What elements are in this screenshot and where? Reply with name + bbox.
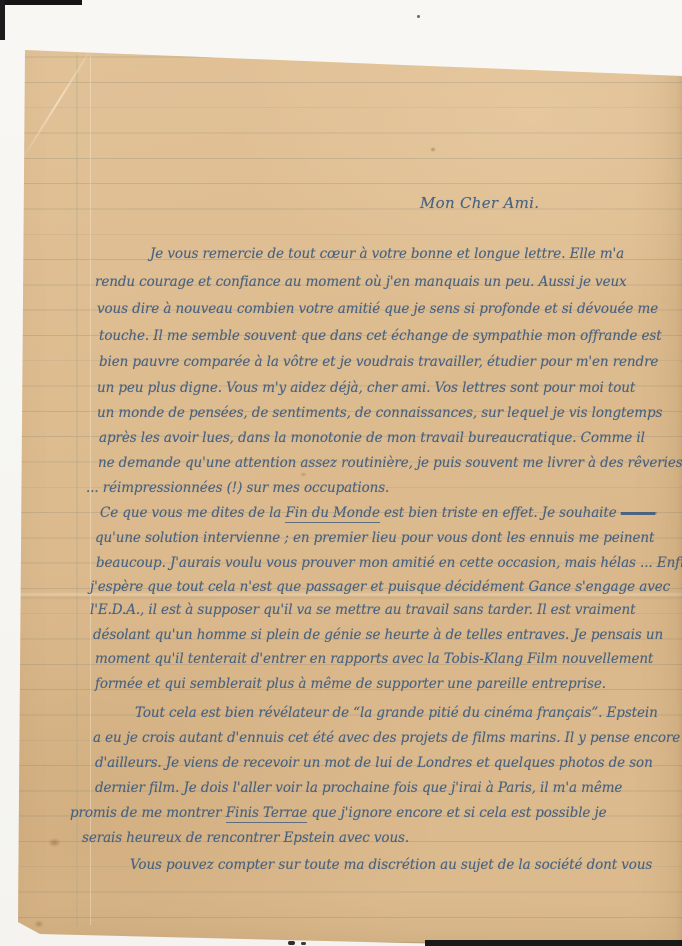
letter-line: touche. Il me semble souvent que dans ce… bbox=[99, 328, 662, 344]
scanner-edge-mark bbox=[425, 940, 682, 946]
paper-stain bbox=[430, 147, 436, 152]
letter-line: Tout cela est bien révélateur de “la gra… bbox=[135, 705, 658, 721]
letter-line: ... réimpressionnées (!) sur mes occupat… bbox=[86, 480, 389, 496]
letter-greeting: Mon Cher Ami. bbox=[420, 194, 539, 212]
letter-line: désolant qu'un homme si plein de génie s… bbox=[93, 627, 663, 643]
scanner-edge-mark bbox=[0, 0, 5, 40]
letter-line-text: est bien triste en effet. Je souhaite bbox=[380, 505, 621, 521]
letter-line: rendu courage et confiance au moment où … bbox=[95, 274, 627, 290]
letter-line-text: promis de me montrer bbox=[70, 805, 226, 821]
letter-line: promis de me montrer Finis Terrae que j'… bbox=[70, 805, 606, 821]
paper-stain bbox=[34, 920, 44, 928]
letter-line: bien pauvre comparée à la vôtre et je vo… bbox=[99, 354, 658, 370]
scanner-edge-dot bbox=[301, 942, 306, 945]
film-title-underlined: Finis Terrae bbox=[226, 805, 308, 823]
letter-line: moment qu'il tenterait d'entrer en rappo… bbox=[95, 651, 653, 667]
paper-stain bbox=[48, 838, 61, 847]
letter-line: l'E.D.A., il est à supposer qu'il va se … bbox=[90, 602, 635, 618]
letter-line: vous dire à nouveau combien votre amitié… bbox=[97, 301, 658, 317]
scanned-letter-page: Mon Cher Ami. Je vous remercie de tout c… bbox=[0, 0, 682, 946]
letter-line: Vous pouvez compter sur toute ma discrét… bbox=[130, 857, 652, 873]
dust-speck bbox=[417, 15, 420, 18]
letter-line-text: Ce que vous me dites de la bbox=[100, 505, 285, 521]
letter-line: qu'une solution intervienne ; en premier… bbox=[95, 530, 654, 546]
letter-line: formée et qui semblerait plus à même de … bbox=[95, 676, 606, 692]
letter-line: j'espère que tout cela n'est que passage… bbox=[90, 579, 670, 595]
paper-stain bbox=[300, 472, 307, 477]
scanner-edge-dot bbox=[288, 941, 295, 945]
letter-paper-sheet: Mon Cher Ami. Je vous remercie de tout c… bbox=[0, 0, 682, 946]
letter-line: d'ailleurs. Je viens de recevoir un mot … bbox=[95, 755, 653, 771]
film-title-underlined: Fin du Monde bbox=[285, 505, 379, 523]
scribbled-out-word: ——— bbox=[621, 505, 656, 521]
letter-line: un peu plus digne. Vous m'y aidez déjà, … bbox=[97, 380, 635, 396]
margin-fold-line bbox=[76, 55, 78, 927]
letter-line: dernier film. Je dois l'aller voir la pr… bbox=[95, 780, 622, 796]
letter-line: serais heureux de rencontrer Epstein ave… bbox=[82, 830, 409, 846]
letter-line: un monde de pensées, de sentiments, de c… bbox=[97, 405, 662, 421]
letter-line: Je vous remercie de tout cœur à votre bo… bbox=[150, 246, 624, 262]
letter-line-text: que j'ignore encore et si cela est possi… bbox=[307, 805, 606, 821]
letter-line: Ce que vous me dites de la Fin du Monde … bbox=[100, 505, 655, 521]
letter-line: après les avoir lues, dans la monotonie … bbox=[99, 430, 645, 446]
letter-line: a eu je crois autant d'ennuis cet été av… bbox=[93, 730, 680, 746]
letter-line: ne demande qu'une attention assez routin… bbox=[98, 455, 682, 471]
letter-line: beaucoup. J'aurais voulu vous prouver mo… bbox=[96, 555, 682, 571]
scanner-edge-mark bbox=[0, 0, 82, 5]
